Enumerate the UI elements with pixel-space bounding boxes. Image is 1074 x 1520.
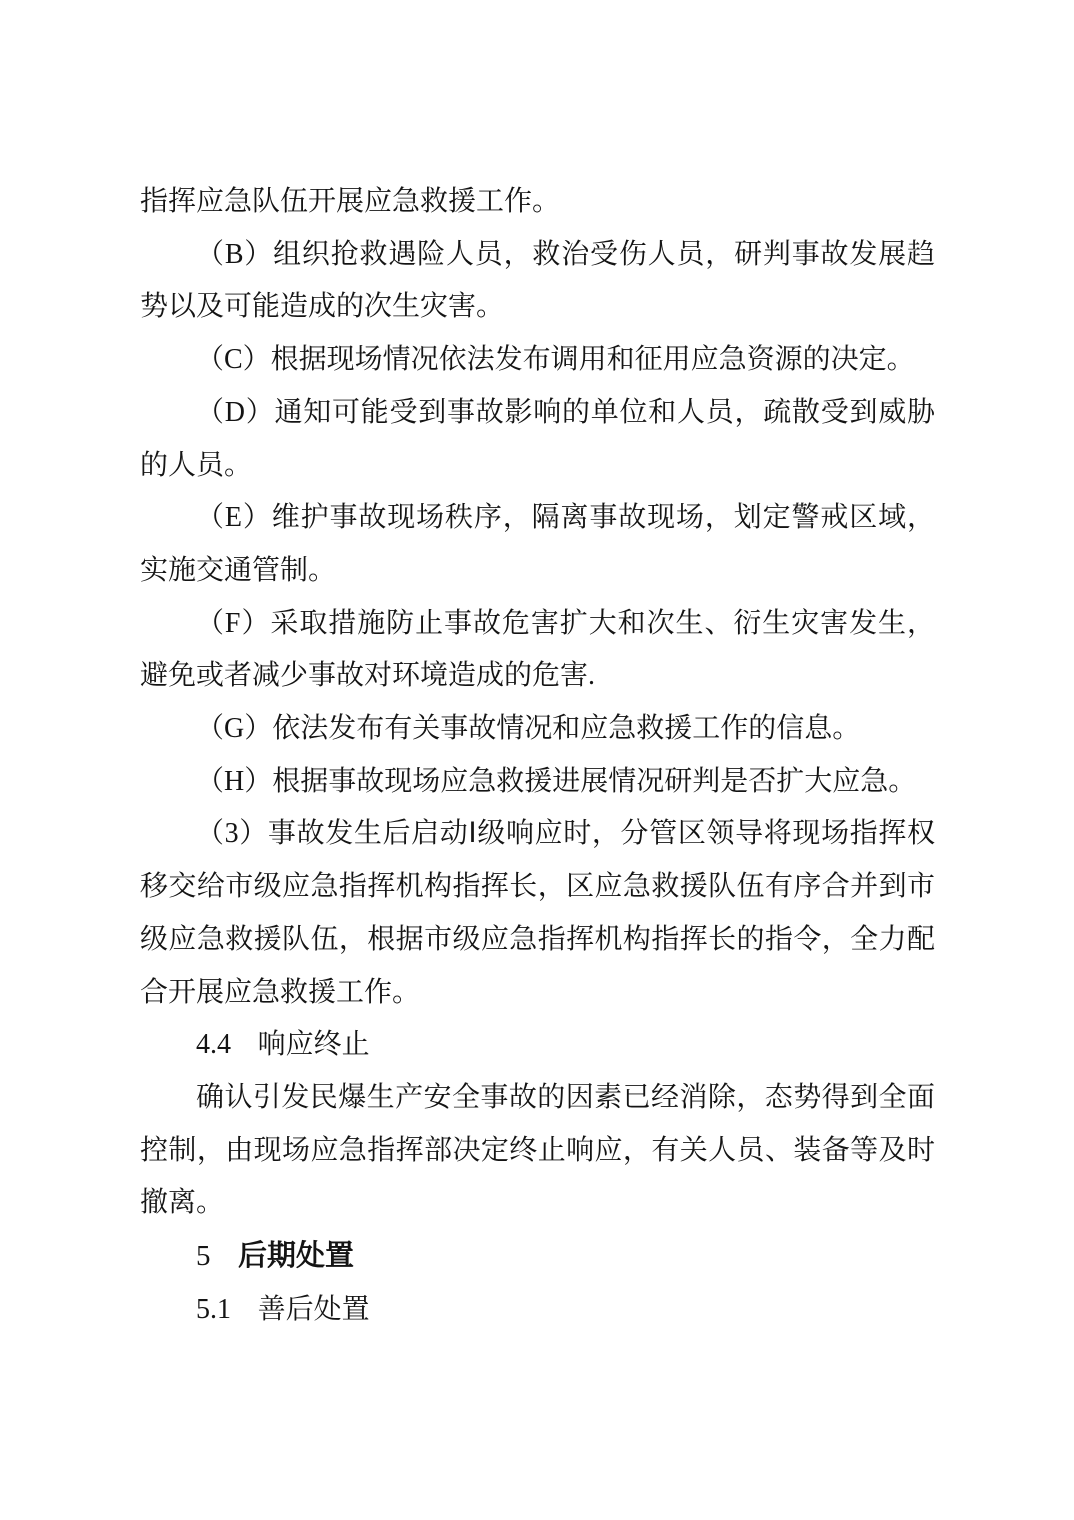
document-content: 指挥应急队伍开展应急救援工作。（B）组织抢救遇险人员，救治受伤人员，研判事故发展… <box>140 176 935 1336</box>
heading-title: 善后处置 <box>258 1294 370 1325</box>
paragraph: （E）维护事故现场秩序，隔离事故现场，划定警戒区域，实施交通管制。 <box>140 492 935 597</box>
section-heading: 5后期处置 <box>140 1230 935 1284</box>
paragraph: （F）采取措施防止事故危害扩大和次生、衍生灾害发生，避免或者减少事故对环境造成的… <box>140 598 935 703</box>
subsection-heading: 5.1善后处置 <box>140 1284 935 1337</box>
heading-number: 5.1 <box>196 1294 231 1325</box>
paragraph: 指挥应急队伍开展应急救援工作。 <box>140 176 935 229</box>
paragraph: （H）根据事故现场应急救援进展情况研判是否扩大应急。 <box>140 756 935 809</box>
paragraph: （B）组织抢救遇险人员，救治受伤人员，研判事故发展趋势以及可能造成的次生灾害。 <box>140 229 935 334</box>
paragraph: （3）事故发生后启动Ⅰ级响应时，分管区领导将现场指挥权移交给市级应急指挥机构指挥… <box>140 808 935 1019</box>
document-page: 指挥应急队伍开展应急救援工作。（B）组织抢救遇险人员，救治受伤人员，研判事故发展… <box>0 0 1074 1520</box>
paragraph: 确认引发民爆生产安全事故的因素已经消除，态势得到全面控制，由现场应急指挥部决定终… <box>140 1072 935 1230</box>
heading-title: 后期处置 <box>238 1240 354 1272</box>
paragraph: （D）通知可能受到事故影响的单位和人员，疏散受到威胁的人员。 <box>140 387 935 492</box>
heading-number: 4.4 <box>196 1029 231 1060</box>
paragraph: （C）根据现场情况依法发布调用和征用应急资源的决定。 <box>140 334 935 387</box>
heading-number: 5 <box>196 1240 211 1272</box>
heading-title: 响应终止 <box>258 1029 370 1060</box>
subsection-heading: 4.4响应终止 <box>140 1019 935 1072</box>
paragraph: （G）依法发布有关事故情况和应急救援工作的信息。 <box>140 703 935 756</box>
